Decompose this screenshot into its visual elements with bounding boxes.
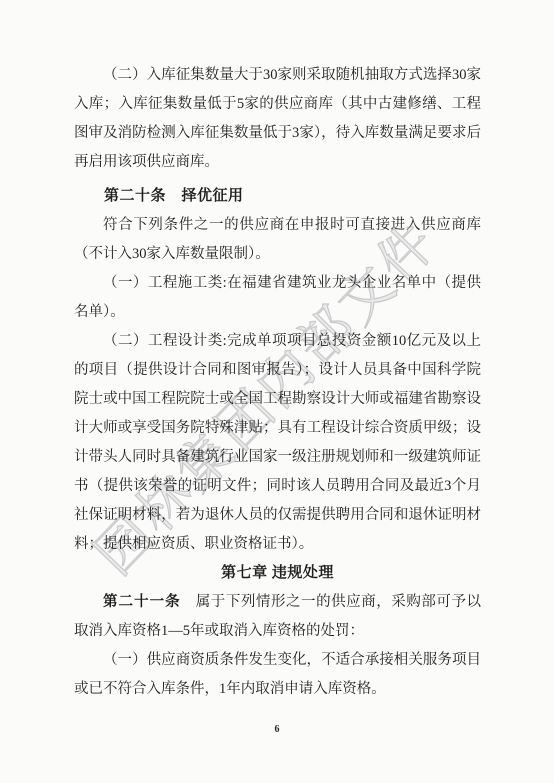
para-construction-class: （一）工程施工类:在福建省建筑业龙头企业名单中（提供名单）。	[74, 269, 481, 327]
article-20-heading: 第二十条 择优征用	[74, 182, 481, 211]
para-storage-collection-rule: （二）入库征集数量大于30家则采取随机抽取方式选择30家入库；入库征集数量低于5…	[74, 61, 481, 177]
para-design-class: （二）工程设计类:完成单项项目总投资金额10亿元及以上的项目（提供设计合同和图审…	[74, 327, 481, 559]
chapter-7-heading: 第七章 违规处理	[74, 559, 481, 588]
document-body: （二）入库征集数量大于30家则采取随机抽取方式选择30家入库；入库征集数量低于5…	[0, 0, 554, 704]
article-21-number: 第二十一条	[103, 594, 181, 610]
page-number: 6	[0, 724, 554, 735]
document-page: 园林集团内部文件 （二）入库征集数量大于30家则采取随机抽取方式选择30家入库；…	[0, 0, 554, 783]
article-21-paragraph: 第二十一条 属于下列情形之一的供应商，采购部可予以取消入库资格1—5年或取消入库…	[74, 588, 481, 646]
para-disqualification-rule: （一）供应商资质条件发生变化，不适合承接相关服务项目或已不符合入库条件，1年内取…	[74, 646, 481, 704]
para-direct-entry-condition: 符合下列条件之一的供应商在申报时可直接进入供应商库（不计入30家入库数量限制）。	[74, 211, 481, 269]
